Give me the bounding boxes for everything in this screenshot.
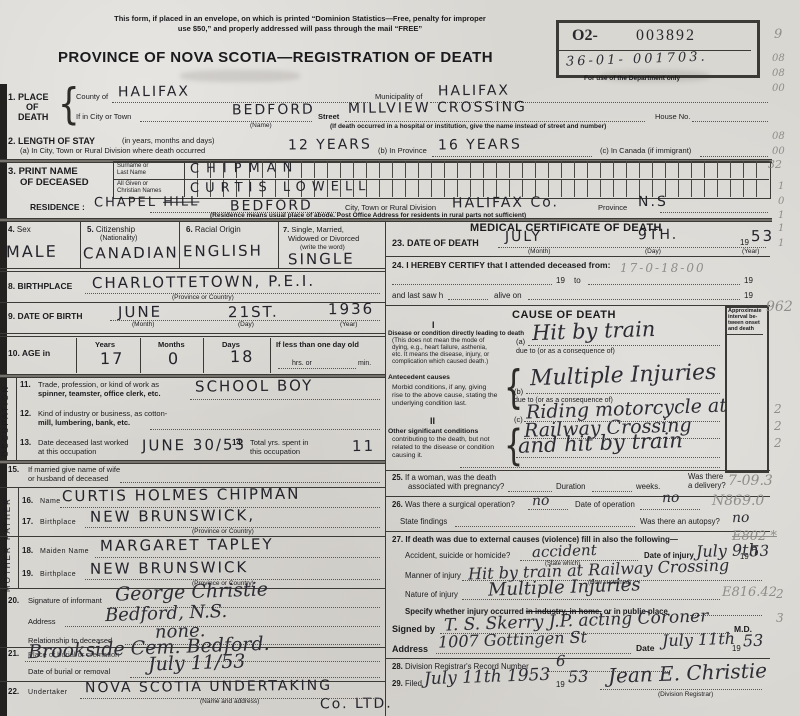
department-use-note: For use of the Department only — [584, 75, 680, 82]
birth-year-sub: (Year) — [340, 321, 357, 328]
cause-due1-label: due to (or as a consequence of) — [516, 348, 615, 356]
age-days-value: 18 — [230, 348, 255, 366]
province-value: N.S — [638, 195, 668, 211]
cell-divider — [179, 221, 180, 268]
margin-code: 2 — [776, 588, 784, 601]
section-rule — [0, 219, 772, 221]
signed-date-year: 53 — [743, 632, 764, 651]
other-conditions-note1: contributing to the death, but not — [392, 436, 490, 444]
section-rule — [0, 461, 385, 463]
weeks-label: weeks. — [636, 483, 660, 492]
s17-number: 17. — [22, 518, 33, 527]
mother-birthplace-label: Birthplace — [40, 571, 76, 579]
section-rule — [385, 470, 770, 471]
s2b-value: 16 YEARS — [438, 138, 522, 155]
last-worked-value: JUNE 30/53 — [142, 436, 246, 454]
certify-to: to — [574, 277, 581, 286]
municipality-value: HALIFAX — [438, 84, 510, 100]
signed-date-value: July 11th — [662, 630, 736, 650]
dotted-line — [498, 246, 766, 248]
trade-value: SCHOOL BOY — [195, 377, 313, 395]
burial-date-value: July 11/53 — [148, 651, 246, 676]
margin-code: 1 — [778, 223, 784, 234]
dotted-line — [120, 481, 380, 483]
dotted-line — [516, 456, 720, 458]
registrar-record-value: 6 — [556, 653, 566, 670]
dotted-line — [692, 120, 768, 122]
pregnancy-label1: If a woman, was the death — [405, 473, 496, 482]
undertaker-value: NOVA SCOTIA UNDERTAKING — [85, 679, 332, 697]
death-month-sub: (Month) — [528, 248, 550, 255]
age-label: AGE in — [22, 348, 50, 358]
given-names-label1: All Given or — [117, 181, 148, 188]
surname-value: CHIPMAN — [190, 161, 300, 177]
undertaker-value2: Co. LTD. — [320, 697, 393, 713]
s7-number: 7. — [283, 225, 289, 234]
s12-number: 12. — [20, 410, 31, 419]
dotted-line — [65, 625, 380, 627]
antecedent-note2: rise to the above cause, stating the — [392, 392, 497, 400]
birth-year-value: 1936 — [328, 301, 374, 318]
city-name-sub: (Name) — [250, 122, 272, 129]
given-names-label2: Christian Names — [117, 188, 161, 195]
dotted-line — [700, 155, 768, 157]
cell-divider — [140, 338, 141, 373]
margin-code: 08 — [772, 68, 785, 79]
occupation-group-label: OCCUPATION — [2, 385, 11, 457]
death-day-sub: (Day) — [645, 248, 661, 255]
accident-label: Accident, suicide or homicide? — [405, 552, 510, 561]
signed-by-label: Signed by — [392, 624, 435, 634]
dotted-line — [455, 525, 635, 527]
house-no-label: House No. — [655, 113, 690, 121]
informant-address-label: Address — [28, 618, 56, 626]
sex-label: Sex — [17, 225, 31, 234]
section-rule — [385, 658, 770, 659]
mother-group-label: MOTHER — [4, 546, 13, 592]
s14-number: 14. — [232, 439, 243, 448]
s19-number: 19. — [22, 570, 33, 579]
s1-label-place: PLACE — [18, 92, 49, 102]
antecedent-label: Antecedent causes — [388, 374, 450, 382]
cause-section-II: II — [430, 416, 435, 426]
birthplace-sub: (Province or Country) — [172, 294, 234, 301]
s1-number: 1. — [8, 92, 16, 102]
birthplace-label: BIRTHPLACE — [17, 281, 72, 291]
margin-code: 2 — [774, 437, 782, 450]
undertaker-sub: (Name and address) — [200, 698, 259, 705]
mailing-instructions-line2: use $50,” and properly addressed will pa… — [70, 25, 530, 33]
margin-code: 9 — [774, 28, 782, 43]
cell-divider — [76, 338, 77, 373]
street-value: MILLVIEW CROSSING — [348, 100, 527, 118]
s2a-label: (a) In City, Town or Rural Division wher… — [20, 147, 205, 155]
residence-label: RESIDENCE : — [30, 203, 85, 213]
province-label: Province — [598, 204, 627, 212]
s29-number: 29. — [392, 679, 403, 688]
cell-divider — [270, 338, 271, 373]
s14-label2: this occupation — [250, 448, 300, 456]
dotted-line — [150, 428, 380, 430]
pregnancy-label2: associated with pregnancy? — [408, 483, 504, 492]
s1-label-death: DEATH — [18, 112, 48, 122]
father-birthplace-label: Birthplace — [40, 519, 76, 527]
death-year-value: 53 — [751, 228, 774, 245]
residence-value-hill-struck: HILL — [163, 194, 199, 209]
dotted-line — [110, 319, 380, 321]
s8-number: 8. — [8, 281, 15, 291]
certify-19a: 19 — [556, 277, 565, 286]
s23-number: 23. — [392, 238, 405, 248]
dotted-line — [392, 283, 552, 285]
mother-maiden-name-label: Maiden Name — [40, 548, 89, 556]
surname-label2: Last Name — [117, 170, 146, 177]
dotted-line — [462, 598, 720, 600]
city-town-label: If in City or Town — [76, 113, 131, 121]
dotted-line — [526, 392, 720, 394]
mother-maiden-name-value: MARGARET TAPLEY — [100, 536, 274, 555]
rural-division-value: HALIFAX Co. — [452, 195, 559, 212]
dotted-line — [448, 298, 488, 300]
s22-number: 22. — [8, 688, 19, 697]
dotted-line — [660, 211, 768, 213]
s13-number: 13. — [20, 439, 31, 448]
injury-date-year: 53 — [750, 543, 770, 560]
s13-label2: at this occupation — [38, 448, 96, 456]
death-registration-form: This form, if placed in an envelope, on … — [0, 0, 800, 716]
cause-a-label: (a) — [516, 338, 525, 346]
group-divider — [18, 488, 19, 588]
antecedent-note3: underlying condition last. — [392, 400, 467, 408]
margin-code: 1 — [778, 181, 784, 192]
birthplace-value: CHARLOTTETOWN, P.E.I. — [92, 273, 315, 292]
years-in-occupation-value: 11 — [352, 438, 375, 455]
s11-number: 11. — [20, 381, 31, 390]
division-registrar-signature: Jean E. Christie — [608, 659, 768, 687]
section-rule — [385, 531, 770, 532]
delivery-pencil-code: 7-09.3 — [728, 474, 773, 490]
cause-b-label: (b) — [514, 388, 523, 396]
division-registrar-sub: (Division Registrar) — [658, 691, 713, 698]
dotted-line — [436, 652, 631, 654]
cause-section-I: I — [432, 320, 435, 330]
birth-month-sub: (Month) — [132, 321, 154, 328]
dotted-line — [600, 688, 762, 690]
margin-code: 00 — [772, 83, 785, 94]
bleed-through-mark — [180, 70, 300, 82]
dotted-line — [528, 298, 740, 300]
dotted-line — [190, 398, 380, 400]
citizenship-value: CANADIAN — [83, 244, 179, 262]
stamp-prefix: O2- — [572, 27, 598, 45]
s20-number: 20. — [8, 597, 19, 606]
surname-label1: Surname or — [117, 163, 148, 170]
section-rule — [0, 271, 385, 272]
s12-label2: mill, lumbering, bank, etc. — [38, 419, 130, 427]
s3-label1: PRINT NAME — [19, 166, 78, 177]
margin-code: 00 — [772, 146, 785, 157]
cause-lead-note1: (This does not mean the mode of — [392, 337, 484, 344]
section-rule — [0, 268, 385, 269]
margin-code: 1 — [778, 238, 784, 249]
certify-label: I HEREBY CERTIFY that I attended decease… — [406, 260, 610, 270]
delivery-label2: a delivery? — [688, 482, 726, 491]
father-name-value: CURTIS HOLMES CHIPMAN — [62, 486, 301, 505]
marital-label2: Widowed or Divorced — [288, 235, 359, 243]
margin-code: 1 — [778, 210, 784, 221]
cell-divider — [203, 338, 204, 373]
hospital-note: (If death occurred in a hospital or inst… — [330, 123, 606, 130]
filed-19: 19 — [556, 681, 565, 690]
given-names-value: CURTIS LOWELL — [190, 180, 372, 196]
margin-code: 962 — [766, 300, 793, 316]
autopsy-label: Was there an autopsy? — [640, 518, 720, 527]
s2-number: 2. — [8, 136, 16, 146]
filed-year: 53 — [568, 668, 589, 687]
dotted-line — [432, 155, 592, 157]
s2-label: LENGTH OF STAY — [18, 136, 95, 146]
physician-address-value: 1007 Gottingen St — [438, 628, 588, 651]
s9-number: 9. — [8, 311, 15, 321]
city-town-value: BEDFORD — [232, 103, 315, 120]
nature-of-injury-label: Nature of injury — [405, 591, 458, 600]
s28-number: 28. — [392, 662, 403, 671]
s15-label2: or husband of deceased — [28, 475, 108, 483]
dotted-line — [460, 466, 720, 468]
other-conditions-note3: causing it. — [392, 452, 423, 460]
s1-brace: { — [58, 81, 80, 129]
margin-code: 08 — [772, 131, 785, 142]
margin-code: 2 — [774, 420, 782, 433]
mailing-instructions-line1: This form, if placed in an envelope, on … — [70, 15, 530, 23]
margin-code: 2 — [774, 403, 782, 416]
dotted-line — [140, 120, 312, 122]
street-label: Street — [318, 113, 339, 121]
margin-code: 08 — [772, 53, 785, 64]
racial-origin-label: Racial Origin — [195, 225, 241, 234]
burial-date-label: Date of burial or removal — [28, 668, 110, 676]
informant-signature-label: Signature of informant — [28, 597, 102, 605]
s1-label-of: OF — [26, 102, 39, 112]
s16-number: 16. — [22, 497, 33, 506]
residence-value-chapel: CHAPEL — [94, 195, 157, 211]
s11-label2: spinner, teamster, office clerk, etc. — [38, 390, 161, 398]
interval-label4: and death — [728, 326, 754, 332]
cause-lead-note2: dying, e.g., heart failure, asthenia, — [392, 344, 487, 351]
nature-of-injury-value: Multiple Injuries — [488, 575, 641, 600]
s4-number: 4. — [8, 225, 15, 234]
dotted-line — [524, 420, 720, 422]
birth-day-sub: (Day) — [238, 321, 254, 328]
section-rule — [0, 336, 385, 337]
date-of-death-label: DATE OF DEATH — [407, 238, 479, 248]
dotted-line — [528, 344, 720, 346]
physician-address-label: Address — [392, 644, 428, 654]
injury-date-19: 19 — [740, 553, 749, 562]
certify-19b: 19 — [744, 277, 753, 286]
mother-birthplace-value: NEW BRUNSWICK — [90, 559, 248, 577]
father-birthplace-sub: (Province or Country) — [192, 528, 254, 535]
sex-value: MALE — [6, 243, 58, 261]
cell-divider — [80, 221, 81, 268]
section-rule — [0, 375, 385, 377]
duration-label: Duration — [556, 483, 585, 492]
cause-lead-label: Disease or condition directly leading to… — [388, 330, 524, 337]
nature-pencil-code: E816.42 — [722, 586, 777, 601]
s6-number: 6. — [186, 225, 193, 234]
medical-certificate-title: MEDICAL CERTIFICATE OF DEATH — [470, 222, 662, 234]
margin-code: 32 — [768, 159, 782, 171]
s21-number: 21. — [8, 650, 19, 659]
father-group-label: FATHER — [4, 496, 13, 540]
signed-date-19: 19 — [732, 645, 741, 654]
s27-number: 27. — [392, 535, 403, 544]
last-saw-label: and last saw h — [392, 292, 443, 301]
antecedent-note1: Morbid conditions, if any, giving — [392, 384, 486, 392]
last-saw-19: 19 — [744, 292, 753, 301]
manner-of-injury-label: Manner of injury — [405, 572, 461, 581]
s2a-value: 12 YEARS — [288, 138, 372, 155]
other-conditions-note2: related to the disease or condition — [392, 444, 494, 452]
operation-pencil-code: N869.0 — [712, 494, 764, 510]
age-months-value: 0 — [168, 350, 180, 368]
s3-number: 3. — [8, 166, 16, 177]
marital-label1: Single, Married, — [291, 225, 344, 234]
section-rule — [385, 256, 770, 257]
father-birthplace-value: NEW BRUNSWICK, — [90, 507, 255, 526]
cell-divider — [278, 221, 279, 268]
margin-code: 3 — [776, 612, 784, 625]
s15-number: 15. — [8, 466, 19, 475]
cause-lead-note3: etc. It means the disease, injury, or — [392, 351, 489, 358]
date-of-birth-label: DATE OF BIRTH — [17, 311, 82, 321]
autopsy-value: no — [732, 511, 750, 527]
county-label: County of — [76, 93, 108, 101]
signed-date-label: Date — [636, 644, 654, 654]
death-day-value: 9TH. — [638, 228, 678, 244]
dotted-line — [508, 490, 552, 492]
s3-label2: OF DECEASED — [20, 178, 89, 189]
filed-date-value: July 11th 1953 — [424, 666, 551, 689]
dotted-line — [592, 490, 632, 492]
cause-a-value: Hit by train — [532, 318, 656, 346]
s18-number: 18. — [22, 547, 33, 556]
s2c-label: (c) In Canada (if immigrant) — [600, 147, 691, 155]
stamp-number: 003892 — [636, 27, 696, 45]
s10-number: 10. — [8, 348, 20, 358]
dotted-line — [278, 367, 356, 369]
marital-value: SINGLE — [288, 251, 355, 268]
other-conditions-label: Other significant conditions — [388, 428, 478, 436]
citizenship-sub: (Nationality) — [100, 235, 137, 243]
undertaker-label: Undertaker — [28, 689, 68, 697]
dotted-line — [640, 508, 700, 510]
s5-number: 5. — [87, 225, 94, 234]
interval-header-rule — [727, 334, 763, 335]
other-conditions-value: and hit by train — [518, 429, 683, 458]
operation-label: Was there a surgical operation? — [405, 500, 515, 509]
death-year-sub: (Year) — [742, 248, 759, 255]
age-years-value: 17 — [100, 350, 125, 368]
s25-number: 25. — [392, 473, 403, 482]
dotted-line — [528, 508, 568, 510]
group-divider — [16, 377, 17, 461]
cause-lead-note4: complication which caused death.) — [392, 358, 488, 365]
alive-on-label: alive on — [494, 292, 522, 301]
cause-b-value: Multiple Injuries — [530, 361, 717, 392]
section-rule — [0, 333, 385, 334]
racial-origin-value: ENGLISH — [183, 243, 263, 261]
form-title: PROVINCE OF NOVA SCOTIA—REGISTRATION OF … — [58, 50, 493, 67]
state-findings-label: State findings — [400, 518, 447, 527]
dotted-line — [588, 283, 740, 285]
margin-code: 0 — [778, 196, 784, 207]
dotted-line — [345, 120, 645, 122]
operation-date-label: Date of operation — [575, 501, 635, 510]
s24-number: 24. — [392, 260, 404, 270]
dotted-line — [80, 697, 380, 699]
filed-label: Filed — [405, 679, 422, 688]
citizenship-label: Citizenship — [96, 225, 135, 234]
operation-date-value: no — [662, 491, 680, 507]
s2b-label: (b) In Province — [378, 147, 427, 155]
s2-sub: (in years, months and days) — [122, 137, 215, 145]
s26-number: 26. — [392, 500, 403, 509]
death-month-value: JULY — [505, 230, 542, 246]
county-value: HALIFAX — [118, 85, 190, 101]
father-name-label: Name — [40, 498, 61, 506]
age-min-label: min. — [358, 360, 371, 368]
section-rule — [385, 305, 770, 306]
age-less-than-day-label: If less than one day old — [276, 341, 359, 349]
certify-pencil-code: 17-0-18-00 — [620, 262, 706, 275]
column-divider — [385, 221, 386, 716]
